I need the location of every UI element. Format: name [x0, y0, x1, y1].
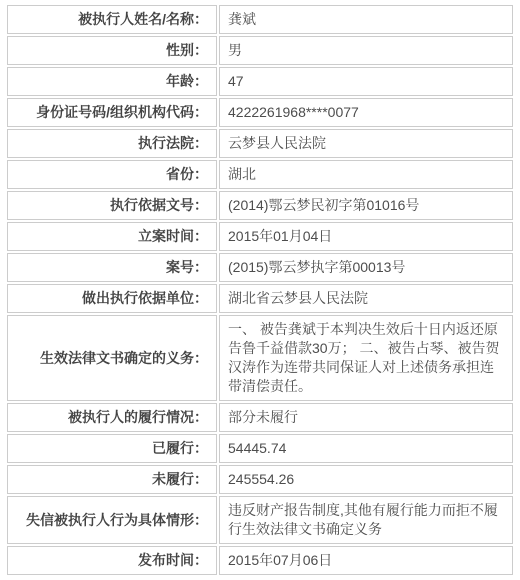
table-row: 未履行：245554.26 — [7, 465, 513, 494]
field-value: 4222261968****0077 — [219, 98, 513, 127]
field-value: 245554.26 — [219, 465, 513, 494]
field-label: 省份： — [7, 160, 217, 189]
table-row: 已履行：54445.74 — [7, 434, 513, 463]
field-label: 未履行： — [7, 465, 217, 494]
field-label: 执行依据文号： — [7, 191, 217, 220]
table-row: 被执行人的履行情况：部分未履行 — [7, 403, 513, 432]
field-label: 身份证号码/组织机构代码： — [7, 98, 217, 127]
field-label: 生效法律文书确定的义务： — [7, 315, 217, 401]
field-label: 立案时间： — [7, 222, 217, 251]
field-value: 2015年07月06日 — [219, 546, 513, 575]
debtor-info-table: 被执行人姓名/名称：龚斌性别：男年龄：47身份证号码/组织机构代码：422226… — [5, 3, 515, 577]
table-row: 执行法院：云梦县人民法院 — [7, 129, 513, 158]
field-label: 做出执行依据单位： — [7, 284, 217, 313]
field-label: 被执行人姓名/名称： — [7, 5, 217, 34]
field-value: 54445.74 — [219, 434, 513, 463]
debtor-table-body: 被执行人姓名/名称：龚斌性别：男年龄：47身份证号码/组织机构代码：422226… — [7, 5, 513, 575]
field-label: 性别： — [7, 36, 217, 65]
table-row: 省份：湖北 — [7, 160, 513, 189]
field-label: 发布时间： — [7, 546, 217, 575]
field-value: 一、 被告龚斌于本判决生效后十日内返还原告鲁千益借款30万； 二、被告占琴、被告… — [219, 315, 513, 401]
table-row: 失信被执行人行为具体情形：违反财产报告制度,其他有履行能力而拒不履行生效法律文书… — [7, 496, 513, 544]
field-value: 部分未履行 — [219, 403, 513, 432]
field-value: 湖北省云梦县人民法院 — [219, 284, 513, 313]
table-row: 执行依据文号：(2014)鄂云梦民初字第01016号 — [7, 191, 513, 220]
field-label: 被执行人的履行情况： — [7, 403, 217, 432]
table-row: 年龄：47 — [7, 67, 513, 96]
field-value: 2015年01月04日 — [219, 222, 513, 251]
field-value: 云梦县人民法院 — [219, 129, 513, 158]
field-value: 龚斌 — [219, 5, 513, 34]
table-row: 生效法律文书确定的义务：一、 被告龚斌于本判决生效后十日内返还原告鲁千益借款30… — [7, 315, 513, 401]
field-label: 执行法院： — [7, 129, 217, 158]
field-label: 年龄： — [7, 67, 217, 96]
field-label: 失信被执行人行为具体情形： — [7, 496, 217, 544]
table-row: 案号：(2015)鄂云梦执字第00013号 — [7, 253, 513, 282]
table-row: 做出执行依据单位：湖北省云梦县人民法院 — [7, 284, 513, 313]
field-label: 已履行： — [7, 434, 217, 463]
table-row: 被执行人姓名/名称：龚斌 — [7, 5, 513, 34]
table-row: 立案时间：2015年01月04日 — [7, 222, 513, 251]
field-value: 违反财产报告制度,其他有履行能力而拒不履行生效法律文书确定义务 — [219, 496, 513, 544]
field-value: (2014)鄂云梦民初字第01016号 — [219, 191, 513, 220]
field-value: 湖北 — [219, 160, 513, 189]
field-value: 男 — [219, 36, 513, 65]
table-row: 发布时间：2015年07月06日 — [7, 546, 513, 575]
table-row: 性别：男 — [7, 36, 513, 65]
field-value: 47 — [219, 67, 513, 96]
table-row: 身份证号码/组织机构代码：4222261968****0077 — [7, 98, 513, 127]
field-value: (2015)鄂云梦执字第00013号 — [219, 253, 513, 282]
field-label: 案号： — [7, 253, 217, 282]
